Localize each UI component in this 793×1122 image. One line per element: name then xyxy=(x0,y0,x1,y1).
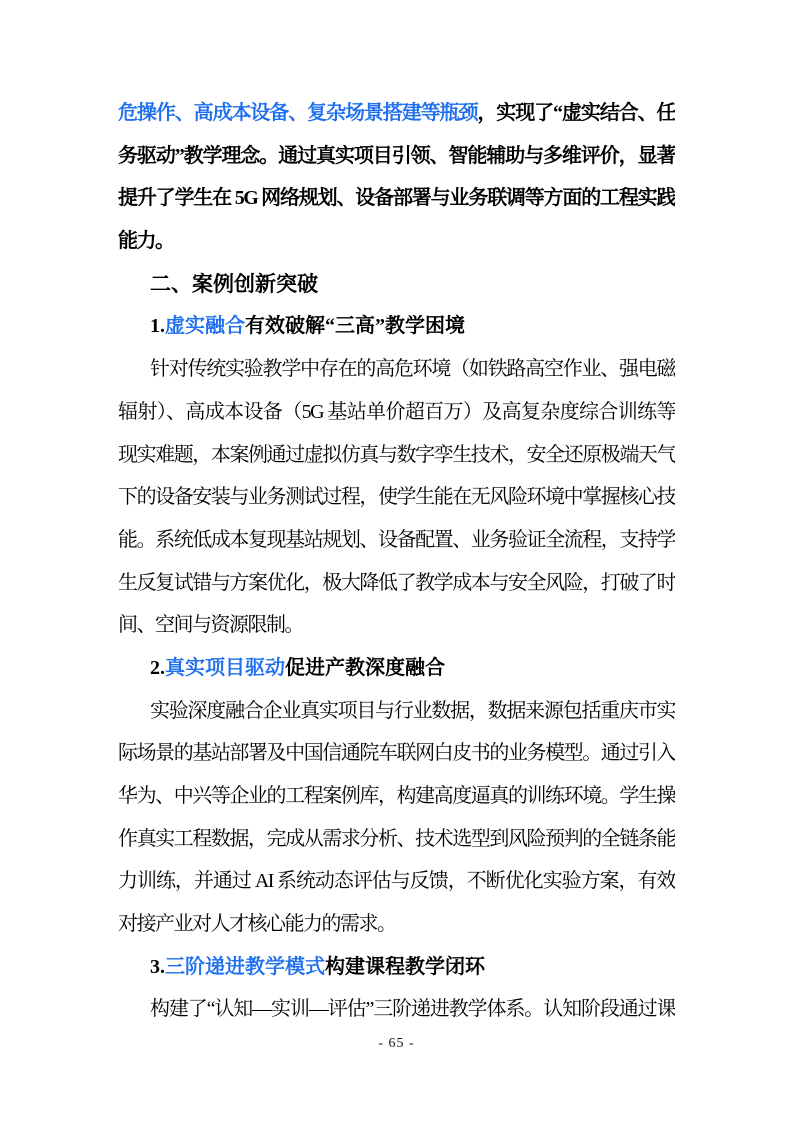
text-segment: 构建了“认知—实训—评估”三阶递进教学体系。认知阶段通过课 xyxy=(150,998,675,1020)
accent-text-segment: 三阶递进教学模式 xyxy=(165,956,325,978)
text-segment: 促进产教深度融合 xyxy=(285,657,445,679)
text-segment: 作真实工程数据，完成从需求分析、技术选型到风险预判的全链条能 xyxy=(118,828,675,850)
text-segment: 务驱动”教学理念。通过真实项目引领、智能辅助与多维评价，显著 xyxy=(118,145,675,167)
text-line: 能力。 xyxy=(118,220,675,263)
text-line: 能。系统低成本复现基站规划、设备配置、业务验证全流程，支持学 xyxy=(118,519,675,562)
heading-line: 2.真实项目驱动促进产教深度融合 xyxy=(118,647,675,690)
text-line: 华为、中兴等企业的工程案例库，构建高度逼真的训练环境。学生操 xyxy=(118,775,675,818)
heading-line: 1.虚实融合有效破解“三高”教学困境 xyxy=(118,305,675,348)
text-line: 生反复试错与方案优化，极大降低了教学成本与安全风险，打破了时 xyxy=(118,562,675,605)
text-line: 间、空间与资源限制。 xyxy=(118,604,675,647)
text-segment: 构建课程教学闭环 xyxy=(325,956,485,978)
text-line: 针对传统实验教学中存在的高危环境（如铁路高空作业、强电磁 xyxy=(118,348,675,391)
document-body: 危操作、高成本设备、复杂场景搭建等瓶颈，实现了“虚实结合、任务驱动”教学理念。通… xyxy=(118,92,675,1031)
text-segment: 3. xyxy=(150,956,165,978)
text-line: 实验深度融合企业真实项目与行业数据，数据来源包括重庆市实 xyxy=(118,690,675,733)
text-line: 辐射）、高成本设备（5G 基站单价超百万）及高复杂度综合训练等 xyxy=(118,391,675,434)
text-segment: ，实现了“虚实结合、任 xyxy=(477,102,675,124)
text-segment: 华为、中兴等企业的工程案例库，构建高度逼真的训练环境。学生操 xyxy=(118,785,675,807)
text-segment: 提升了学生在 5G 网络规划、设备部署与业务联调等方面的工程实践 xyxy=(118,187,675,209)
text-segment: 辐射）、高成本设备（5G 基站单价超百万）及高复杂度综合训练等 xyxy=(118,401,675,423)
text-segment: 现实难题，本案例通过虚拟仿真与数字孪生技术，安全还原极端天气 xyxy=(118,444,675,466)
text-line: 际场景的基站部署及中国信通院车联网白皮书的业务模型。通过引入 xyxy=(118,732,675,775)
text-line: 作真实工程数据，完成从需求分析、技术选型到风险预判的全链条能 xyxy=(118,818,675,861)
text-segment: 对接产业对人才核心能力的需求。 xyxy=(118,913,396,935)
text-segment: 针对传统实验教学中存在的高危环境（如铁路高空作业、强电磁 xyxy=(150,358,675,380)
text-segment: 有效破解“三高”教学困境 xyxy=(245,315,465,337)
text-line: 现实难题，本案例通过虚拟仿真与数字孪生技术，安全还原极端天气 xyxy=(118,434,675,477)
text-line: 务驱动”教学理念。通过真实项目引领、智能辅助与多维评价，显著 xyxy=(118,135,675,178)
accent-text-segment: 真实项目驱动 xyxy=(165,657,285,679)
text-segment: 力训练，并通过 AI 系统动态评估与反馈，不断优化实验方案，有效 xyxy=(118,870,675,892)
text-segment: 际场景的基站部署及中国信通院车联网白皮书的业务模型。通过引入 xyxy=(118,742,675,764)
text-segment: 二、案例创新突破 xyxy=(150,272,318,296)
text-line: 危操作、高成本设备、复杂场景搭建等瓶颈，实现了“虚实结合、任 xyxy=(118,92,675,135)
text-segment: 下的设备安装与业务测试过程，使学生能在无风险环境中掌握核心技 xyxy=(118,486,675,508)
accent-text-segment: 虚实融合 xyxy=(165,315,245,337)
text-segment: 间、空间与资源限制。 xyxy=(118,614,303,636)
heading-line: 二、案例创新突破 xyxy=(118,263,675,306)
page-number: - 65 - xyxy=(0,1036,793,1052)
text-line: 提升了学生在 5G 网络规划、设备部署与业务联调等方面的工程实践 xyxy=(118,177,675,220)
text-line: 下的设备安装与业务测试过程，使学生能在无风险环境中掌握核心技 xyxy=(118,476,675,519)
text-segment: 能。系统低成本复现基站规划、设备配置、业务验证全流程，支持学 xyxy=(118,529,675,551)
accent-text-segment: 危操作、高成本设备、复杂场景搭建等瓶颈 xyxy=(118,102,477,124)
text-segment: 能力。 xyxy=(118,230,174,252)
text-segment: 实验深度融合企业真实项目与行业数据，数据来源包括重庆市实 xyxy=(150,700,675,722)
text-segment: 2. xyxy=(150,657,165,679)
text-line: 构建了“认知—实训—评估”三阶递进教学体系。认知阶段通过课 xyxy=(118,988,675,1031)
text-line: 对接产业对人才核心能力的需求。 xyxy=(118,903,675,946)
text-line: 力训练，并通过 AI 系统动态评估与反馈，不断优化实验方案，有效 xyxy=(118,860,675,903)
text-segment: 生反复试错与方案优化，极大降低了教学成本与安全风险，打破了时 xyxy=(118,572,675,594)
text-segment: 1. xyxy=(150,315,165,337)
document-page: 危操作、高成本设备、复杂场景搭建等瓶颈，实现了“虚实结合、任务驱动”教学理念。通… xyxy=(0,0,793,1122)
heading-line: 3.三阶递进教学模式构建课程教学闭环 xyxy=(118,946,675,989)
